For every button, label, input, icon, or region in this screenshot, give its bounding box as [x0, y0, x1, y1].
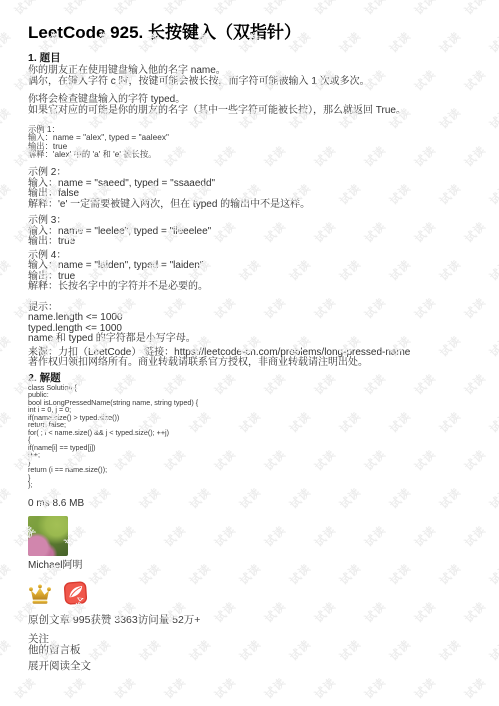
text-line: 如果它对应的可能是你的朋友的名字（其中一些字符可能被长按），那么就返回 True… — [28, 106, 479, 117]
text-line: 解释：'alex' 中的 'a' 和 'e' 被长按。 — [28, 150, 479, 158]
hints-block: 提示：name.length <= 1000typed.length <= 10… — [28, 303, 479, 345]
solution-code-block: class Solution {public:bool isLongPresse… — [28, 384, 479, 489]
text-line: i++; — [28, 451, 479, 459]
text-line: { — [28, 436, 479, 444]
text-line: 你将会检查键盘输入的字符 typed。 — [28, 95, 479, 106]
text-line: return (i == name.size()); — [28, 466, 479, 474]
text-line: name 和 typed 的字符都是小写字母。 — [28, 334, 479, 345]
article-page: 试读试读试读试读试读试读试读试读试读试读试读试读试读试读试读试读试读试读试读试读… — [0, 0, 499, 706]
text-line: 输出：true — [28, 237, 479, 248]
example-1-block: 示例 1：输入：name = "alex", typed = "aaleex"输… — [28, 125, 479, 158]
author-links: 关注 他的留言板 — [28, 634, 479, 657]
feather-badge-icon — [63, 580, 89, 606]
text-line: 输入：name = "saeed", typed = "ssaaedd" — [28, 179, 479, 190]
problem-paragraph-1: 你的朋友正在使用键盘输入他的名字 name。偶尔，在键入字符 c 时，按键可能会… — [28, 66, 479, 87]
watermark-text: 试读 — [111, 674, 139, 702]
text-line: bool isLongPressedName(string name, stri… — [28, 399, 479, 407]
text-line: 解释：长按名字中的字符并不是必要的。 — [28, 282, 479, 293]
text-line: 著作权归领扣网络所有。商业转载请联系官方授权，非商业转载请注明出处。 — [28, 358, 479, 369]
watermark-text: 试读 — [61, 674, 89, 702]
text-line: } — [28, 474, 479, 482]
text-line: 偶尔，在键入字符 c 时，按键可能会被长按，而字符可能被输入 1 次或多次。 — [28, 77, 479, 88]
text-line: class Solution { — [28, 384, 479, 392]
text-line: 你的朋友正在使用键盘输入他的名字 name。 — [28, 66, 479, 77]
text-line: if(name.size() > typed.size()) — [28, 414, 479, 422]
text-line: for( ; i < name.size() && j < typed.size… — [28, 429, 479, 437]
watermark-text: 试读 — [361, 674, 389, 702]
source-block: 来源：力扣（LeetCode） 链接：https://leetcode-cn.c… — [28, 348, 479, 369]
text-line: 输入：name = "leelee", typed = "lleeelee" — [28, 227, 479, 238]
example-2-block: 示例 2：输入：name = "saeed", typed = "ssaaedd… — [28, 168, 479, 210]
section-1-heading: 1. 题目 — [28, 52, 479, 64]
performance-stats: 0 ms 8.6 MB — [28, 498, 479, 509]
follow-link[interactable]: 关注 — [28, 634, 479, 646]
example-4-block: 示例 4：输入：name = "laiden", typed = "laiden… — [28, 251, 479, 293]
page-title: LeetCode 925. 长按键入（双指针） — [28, 23, 479, 43]
message-board-link[interactable]: 他的留言板 — [28, 645, 479, 657]
example-3-block: 示例 3：输入：name = "leelee", typed = "lleeel… — [28, 216, 479, 248]
article-content: LeetCode 925. 长按键入（双指针） 1. 题目 你的朋友正在使用键盘… — [0, 0, 499, 672]
watermark-text: 试读 — [411, 674, 439, 702]
text-line: if(name[i] == typed[j]) — [28, 444, 479, 452]
watermark-text: 试读 — [11, 674, 39, 702]
text-line: }; — [28, 481, 479, 489]
author-stats: 原创文章 995获赞 3363访问量 52万+ — [28, 614, 479, 626]
text-line: 解释：'e' 一定需要被键入两次，但在 typed 的输出中不是这样。 — [28, 200, 479, 211]
section-2-heading: 2. 解题 — [28, 372, 479, 384]
watermark-text: 试读 — [261, 674, 289, 702]
text-line: 输入：name = "alex", typed = "aaleex" — [28, 133, 479, 141]
watermark-text: 试读 — [311, 674, 339, 702]
problem-paragraph-2: 你将会检查键盘输入的字符 typed。如果它对应的可能是你的朋友的名字（其中一些… — [28, 95, 479, 116]
author-badges — [28, 581, 479, 606]
author-avatar[interactable] — [28, 516, 68, 556]
author-name: Michael阿明 — [28, 560, 479, 571]
expand-full-text-button[interactable]: 展开阅读全文 — [28, 661, 479, 672]
watermark-text: 试读 — [161, 674, 189, 702]
text-line: 输入：name = "laiden", typed = "laiden" — [28, 261, 479, 272]
watermark-text: 试读 — [461, 674, 489, 702]
crown-icon — [28, 583, 52, 606]
watermark-text: 试读 — [211, 674, 239, 702]
